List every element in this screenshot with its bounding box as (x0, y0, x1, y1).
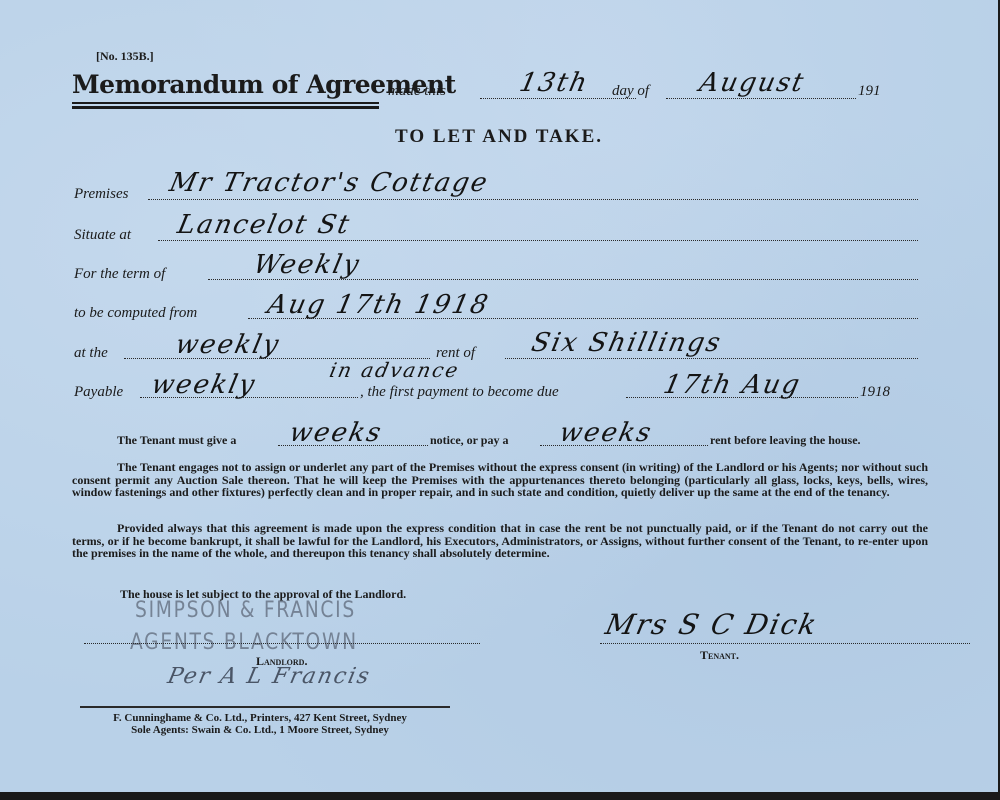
notice-prefix: The Tenant must give a (117, 433, 236, 448)
at-the-label: at the (74, 345, 108, 362)
printer-footer: F. Cunninghame & Co. Ltd., Printers, 427… (0, 712, 520, 736)
rent-of-line (505, 358, 918, 359)
situate-line (158, 240, 918, 241)
situate-label: Situate at (74, 227, 131, 244)
notice-value[interactable]: weeks (287, 418, 386, 448)
payable-annotation[interactable]: in advance (327, 358, 462, 382)
premises-value[interactable]: Mr Tractor's Cottage (167, 168, 492, 198)
form-number: [No. 135B.] (96, 49, 154, 64)
first-payment-value[interactable]: 17th Aug (661, 370, 804, 400)
heading-to-let: TO LET AND TAKE. (0, 126, 998, 148)
day-of-label: day of (612, 83, 649, 100)
first-payment-label: , the first payment to become due (360, 384, 559, 401)
rent-of-value[interactable]: Six Shillings (529, 328, 725, 358)
payable-value[interactable]: weekly (149, 370, 259, 400)
provided-text: Provided always that this agreement is m… (72, 522, 928, 560)
pay-value[interactable]: weeks (557, 418, 656, 448)
premises-label: Premises (74, 186, 128, 203)
tenant-signature[interactable]: Mrs S C Dick (602, 608, 821, 641)
tenant-line (600, 643, 970, 644)
payable-label: Payable (74, 384, 123, 401)
premises-line (148, 199, 918, 200)
tenant-engages-clause: The Tenant engages not to assign or unde… (72, 461, 928, 499)
rent-period-value[interactable]: weekly (173, 330, 283, 360)
provided-clause: Provided always that this agreement is m… (72, 522, 928, 560)
notice-middle: notice, or pay a (430, 433, 508, 448)
notice-suffix: rent before leaving the house. (710, 433, 861, 448)
landlord-line (84, 643, 480, 644)
agreement-form: [No. 135B.] Memorandum of Agreement made… (0, 0, 998, 792)
month-value[interactable]: August (697, 68, 808, 98)
landlord-signature[interactable]: Per A L Francis (165, 664, 373, 689)
approval-text: The house is let subject to the approval… (120, 587, 406, 602)
term-value[interactable]: Weekly (251, 250, 364, 280)
printer-line: F. Cunninghame & Co. Ltd., Printers, 427… (0, 712, 520, 724)
tenant-engages-text: The Tenant engages not to assign or unde… (72, 461, 928, 499)
tenant-label: Tenant. (700, 648, 739, 663)
situate-value[interactable]: Lancelot St (175, 210, 354, 240)
title-underline-thick (72, 106, 379, 109)
computed-value[interactable]: Aug 17th 1918 (265, 290, 493, 320)
term-label: For the term of (74, 266, 165, 283)
first-payment-year: 1918 (860, 384, 890, 401)
title-underline (72, 102, 379, 104)
computed-label: to be computed from (74, 305, 197, 322)
footer-rule (80, 706, 450, 708)
month-line (666, 98, 856, 99)
year-prefix: 191 (858, 83, 881, 100)
sole-agents-line: Sole Agents: Swain & Co. Ltd., 1 Moore S… (0, 724, 520, 736)
made-this-label: made this (388, 83, 446, 100)
day-value[interactable]: 13th (517, 68, 592, 98)
